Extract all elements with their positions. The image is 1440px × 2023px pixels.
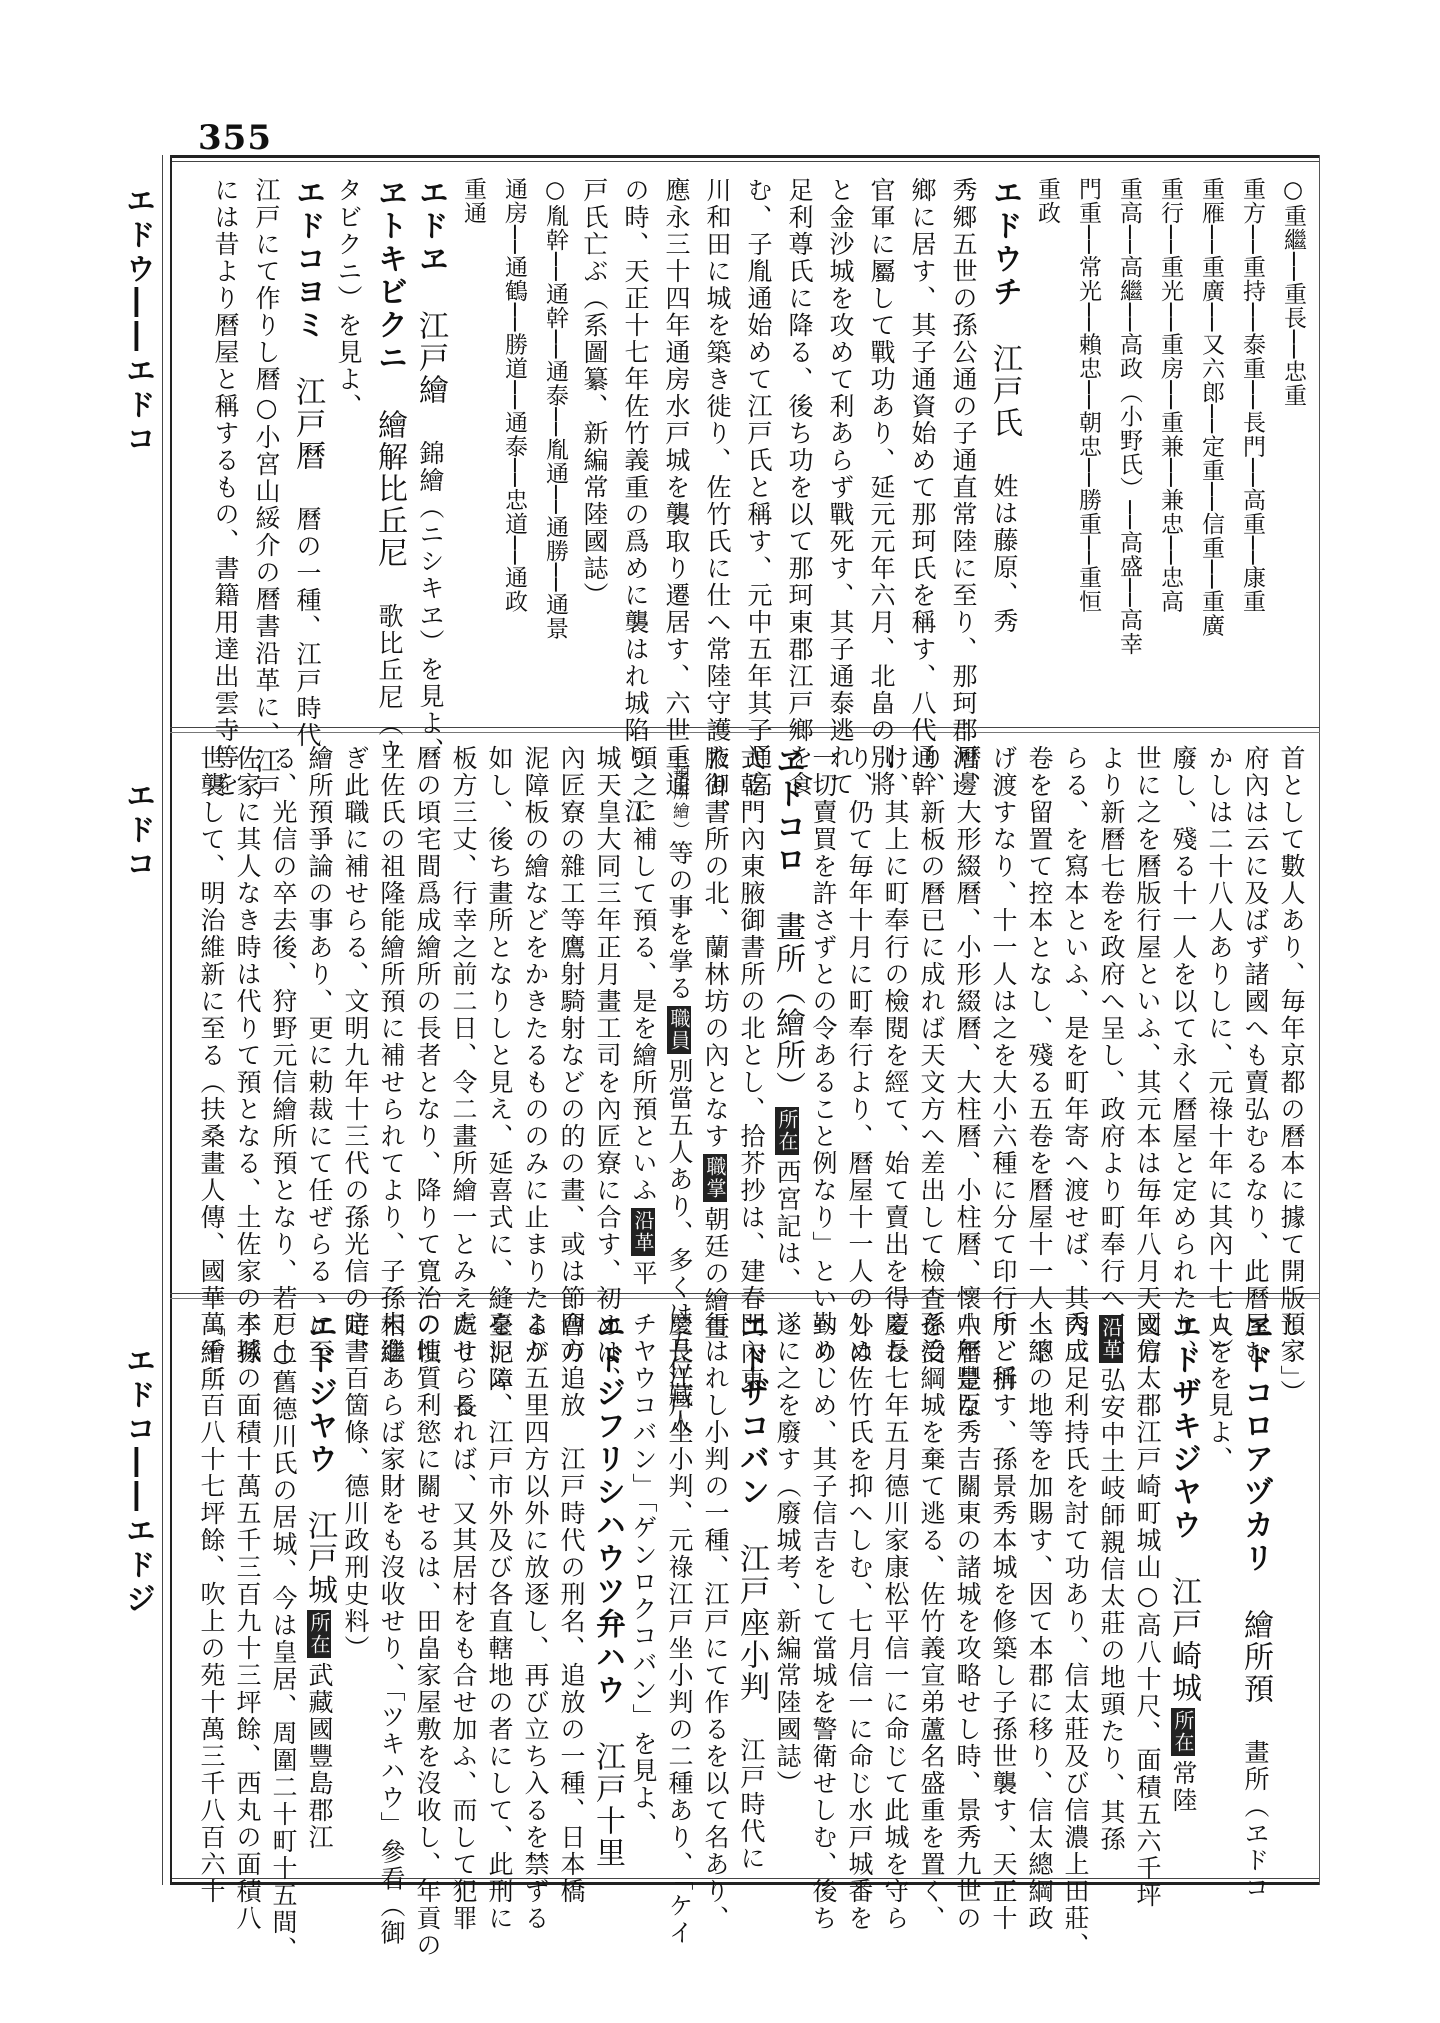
text-segment: 世襲して、明治維新に至る（扶桑畫人傳、國華「繪所 — [197, 745, 226, 1393]
text-line: には昔より曆屋と稱するもの、書籍用達出雲寺等を — [203, 177, 244, 717]
text-segment: には昔より曆屋と稱するもの、書籍用達出雲寺等を — [211, 177, 240, 798]
text-line: 秀成足利持氏を討て功あり、信太莊及び信濃上田莊、 — [1058, 1311, 1094, 1871]
text-line: 腋御書所の北、蘭林坊の內となす職掌朝廷の繪畫 — [698, 745, 734, 1285]
text-segment: 戸○舊德川氏の居城、今は皇居、周圍二十町十五間、 — [269, 1311, 298, 1963]
running-head-bottom: エドコ――エドジ — [115, 1345, 159, 1617]
text-segment: る、光信の卒去後、狩野元信繪所預となり、若し土 — [269, 745, 298, 1366]
text-line: 城天皇大同三年正月畫工司を內匠寮に合す、初めは、 — [590, 745, 626, 1285]
text-segment: 遂に之を廢す（廢城考、新編常陸國誌） — [773, 1311, 802, 1797]
genealogy-text: 重政 — [1034, 177, 1060, 225]
text-segment: かしは二十八人ありしに、元祿十年に其內十七人を — [1205, 745, 1234, 1366]
text-line: 所と稱す、孫景秀本城を修築し子孫世襲す、天正十 — [986, 1311, 1022, 1871]
entry-definition: 畫所（ヱドコ — [1241, 1739, 1270, 1901]
text-line: 卷を留置て控本となし、殘る五卷を曆屋十一人へ下 — [1022, 745, 1058, 1285]
category-tag: 沿革 — [1099, 1315, 1123, 1363]
text-line: かしは二十八人ありしに、元祿十年に其內十七人を — [1202, 745, 1238, 1285]
genealogy-text: 重雁──重廣──又六郎──定重──信重──重廣 — [1198, 177, 1224, 637]
genealogy-line: 重雁──重廣──又六郎──定重──信重──重廣 — [1187, 177, 1228, 717]
entry-kanji: 江戸氏 — [987, 343, 1022, 439]
entry-definition: 武藏國豐島郡江 — [305, 1662, 334, 1851]
text-line: より五里四方以外に放逐し、再び立ち入るを禁ずる — [518, 1311, 554, 1871]
section-top: ○重繼──重長──忠重重方──重持──泰重──長門──高重──康重重雁──重廣─… — [180, 177, 1310, 717]
dictionary-entry: ヱドコロ畫所（繪所）所在西宮記は、 — [770, 745, 806, 1285]
text-line: 慶長江戸坐小判、元祿江戸坐小判の二種あり、「ケイ — [662, 1311, 698, 1871]
text-segment: ぎ此職に補せらる、文明九年十三代の孫光信の時、 — [341, 745, 370, 1366]
frame-rule-top-inner — [170, 161, 1320, 162]
entry-definition: 常陸 — [1169, 1760, 1198, 1814]
text-line: しめ佐竹氏を抑へしむ、七月信一に命じ水戸城番を — [842, 1311, 878, 1871]
page-frame: ○重繼──重長──忠重重方──重持──泰重──長門──高重──康重重雁──重廣─… — [170, 155, 1320, 1885]
genealogy-text: 重方──重持──泰重──長門──高重──康重 — [1239, 177, 1265, 613]
text-line: 江戸にて作りし曆○小宮山綏介の曆書沿革に、江戸 — [244, 177, 285, 717]
text-segment: 上總の地等を加賜す、因て本郡に移り、信太總綱政 — [1025, 1311, 1054, 1932]
genealogy-line: 重高──高繼──高政（小野氏）──高盛──高幸 — [1105, 177, 1146, 717]
entry-kanji: 繪解比丘尼 — [372, 409, 407, 569]
text-segment: け、其上に町奉行の檢閱を經て、始て賣出を得るな — [881, 745, 910, 1366]
text-line: 首として數人あり、毎年京都の曆本に據て開版し、 — [1274, 745, 1310, 1285]
text-segment: 足利尊氏に降る、後ち功を以て那珂東郡江戸鄉を食 — [785, 177, 814, 798]
text-segment: 八年豐臣秀吉關東の諸城を攻略せし時、景秀九世の — [953, 1311, 982, 1932]
text-segment: 所と稱す、孫景秀本城を修築し子孫世襲す、天正十 — [989, 1311, 1018, 1932]
entry-category-tag: 所在 — [775, 1107, 799, 1155]
entry-kanji: 江戸座小判 — [734, 1543, 769, 1703]
text-line: 秀郷五世の孫公通の子通直常陸に至り、那珂郡河邊 — [941, 177, 982, 717]
text-segment: 戸氏亡ぶ（系圖纂、新編常陸國誌） — [580, 177, 609, 609]
text-line: る、光信の卒去後、狩野元信繪所預となり、若し土 — [266, 745, 302, 1285]
frame-rule-top — [170, 155, 1320, 158]
text-line: 繪所預爭論の事あり、更に勅裁にて任ぜらるゝに至 — [302, 745, 338, 1285]
entry-kanji: 江戸曆 — [290, 376, 325, 472]
text-segment: 本城の面積十萬五千三百九十三坪餘、西丸の面積八 — [233, 1311, 262, 1932]
text-segment: タビクニ）を見よ、 — [334, 177, 363, 420]
entry-definition: 姓は藤原、秀 — [990, 473, 1019, 635]
dictionary-entry: エドザコバン江戸座小判江戸時代に — [734, 1311, 770, 1871]
entry-headword: エドザキジヤウ — [1166, 1311, 1201, 1542]
text-segment: 慶長江戸坐小判、元祿江戸坐小判の二種あり、「ケイ — [665, 1311, 694, 1947]
text-segment: 頭之に補して預る、是を繪所預といふ — [629, 745, 658, 1204]
entry-category-tag: 所在 — [1171, 1708, 1195, 1756]
text-segment: らる、を寫本といふ、是を町年寄へ渡せば、其內二 — [1061, 745, 1090, 1366]
text-segment: 繪所預爭論の事あり、更に勅裁にて任ぜらるゝに至 — [305, 745, 334, 1366]
genealogy-text: ○重繼──重長──忠重 — [1280, 177, 1306, 407]
text-line: らる、を寫本といふ、是を町年寄へ渡せば、其內二 — [1058, 745, 1094, 1285]
text-line: け、其上に町奉行の檢閱を經て、始て賣出を得るな — [878, 745, 914, 1285]
text-segment: 等の事を掌る — [665, 840, 694, 1002]
entry-definition: 曆の一種、江戸時代 — [293, 506, 322, 749]
text-line: 八年豐臣秀吉關東の諸城を攻略せし時、景秀九世の — [950, 1311, 986, 1871]
text-segment: 府內は云に及ばず諸國へも賣弘むるなり、此曆屋む — [1241, 745, 1270, 1366]
genealogy-text: ○胤幹──通幹──通泰──胤通──通勝──通景 — [542, 177, 568, 640]
entry-kanji: 繪所預 — [1238, 1609, 1273, 1705]
text-segment: 泥障板の繪などをかきたるもののみに止まりたるが — [521, 745, 550, 1366]
genealogy-text: 通房──通鶴──勝道──通泰──忠道──通政 — [501, 177, 527, 613]
text-segment: の時、天正十七年佐竹義重の爲めに襲はれ城陷り、江 — [621, 177, 650, 825]
text-line: 定書百箇條、德川政刑史料） — [338, 1311, 374, 1871]
dictionary-entry: エドジフリシハウツ弁ハウ江戸十里 — [590, 1311, 626, 1871]
text-line: 慶長七年五月德川家康松平信一に命じて此城を守ら — [878, 1311, 914, 1871]
text-segment: 江戸にて作りし曆○小宮山綏介の曆書沿革に、江戸 — [252, 177, 281, 802]
text-segment: り、仍て毎年十月に町奉行より、曆屋十一人の外は — [845, 745, 874, 1366]
frame-rule-left-outer — [162, 155, 163, 1885]
entry-kanji: 畫所（繪所） — [770, 911, 805, 1103]
entry-kanji: 江戸城 — [302, 1510, 337, 1606]
text-line: 一切賣買を許さずとの令あること例なり」といへり、 — [806, 745, 842, 1285]
text-line: 泥障板の繪などをかきたるもののみに止まりたるが — [518, 745, 554, 1285]
dictionary-entry: エドジヤウ江戸城所在武藏國豐島郡江 — [302, 1311, 338, 1871]
entry-definition: 江戸時代に — [737, 1737, 766, 1872]
category-tag: 職掌 — [703, 1154, 727, 1202]
text-line: 鄉に居す、其子通資始めて那珂氏を稱す、八代通幹 — [900, 177, 941, 717]
text-line: 頭之に補して預る、是を繪所預といふ沿革平 — [626, 745, 662, 1285]
text-line: 足利尊氏に降る、後ち功を以て那珂東郡江戸鄉を食 — [777, 177, 818, 717]
text-segment: む、子胤通始めて江戸氏と稱す、元中五年其子通高 — [744, 177, 773, 798]
text-line: 萬千二百八十七坪餘、吹上の苑十萬三千八百六十 — [194, 1311, 230, 1871]
text-segment: 一切賣買を許さずとの令あること例なり」といへり、 — [809, 745, 838, 1393]
genealogy-line: 重通 — [449, 177, 490, 717]
text-segment: 預家」） — [1277, 1311, 1306, 1407]
text-segment: の性質利慾に關せるは、田畠家屋敷を沒收し、年貢の — [413, 1311, 442, 1959]
entry-kanji: 江戸崎城 — [1166, 1576, 1201, 1704]
text-segment: 行はれし小判の一種、江戸にて作るを以て名あり、 — [701, 1311, 730, 1932]
page-number: 355 — [198, 118, 272, 158]
entry-definition: 西宮記は、 — [773, 1159, 802, 1294]
text-line: の性質利慾に關せるは、田畠家屋敷を沒收し、年貢の — [410, 1311, 446, 1871]
text-segment: 廢し、殘る十一人を以て永く曆屋と定められたり、 — [1169, 745, 1198, 1366]
entry-definition: 歌比丘尼（ウ — [375, 603, 404, 765]
entry-headword: エドジヤウ — [302, 1311, 337, 1476]
text-line: チヤウコバン」「ゲンロクコバン」を見よ、 — [626, 1311, 662, 1871]
genealogy-text: 重通 — [460, 177, 486, 225]
text-line: タビクニ）を見よ、 — [326, 177, 367, 717]
text-segment: 勤めしめ、其子信吉をして當城を警衛せしむ、後ち — [809, 1311, 838, 1932]
text-segment: 首として數人あり、毎年京都の曆本に據て開版し、 — [1277, 745, 1306, 1366]
text-line: 戸氏亡ぶ（系圖纂、新編常陸國誌） — [572, 177, 613, 717]
section-middle: 首として數人あり、毎年京都の曆本に據て開版し、府內は云に及ばず諸國へも賣弘むるな… — [180, 745, 1310, 1285]
genealogy-line: 重行──重光──重房──重兼──兼忠──忠高 — [1146, 177, 1187, 717]
dictionary-entry: エドヱ江戸繪錦繪（ニシキヱ）を見よ、 — [408, 177, 449, 717]
text-segment: 秀郷五世の孫公通の子通直常陸に至り、那珂郡河邊 — [949, 177, 978, 798]
text-line: 預家」） — [1274, 1311, 1310, 1871]
category-tag: 沿革 — [631, 1208, 655, 1256]
entry-headword: エドヱ — [413, 177, 448, 276]
dictionary-entry: エドウチ江戸氏姓は藤原、秀 — [982, 177, 1023, 717]
text-line: 世に之を曆版行屋といふ、其元本は毎年八月天文方 — [1130, 745, 1166, 1285]
entry-headword: エドザコバン — [734, 1311, 769, 1509]
text-segment: 曆の頃宅間爲成繪所の長者となり、降りて寬治の頃 — [413, 745, 442, 1366]
text-line: より新曆七卷を政府へ呈し、政府より町奉行へ下げ — [1094, 745, 1130, 1285]
text-line: 式乾門內東腋御書所の北とし、拾芥抄は、建春門內東 — [734, 745, 770, 1285]
text-line: 遂に之を廢す（廢城考、新編常陸國誌） — [770, 1311, 806, 1871]
text-segment: 慶長七年五月德川家康松平信一に命じて此城を守ら — [881, 1311, 910, 1932]
text-segment: 式乾門內東腋御書所の北とし、拾芥抄は、建春門內東 — [737, 745, 766, 1393]
genealogy-line: 通房──通鶴──勝道──通泰──忠道──通政 — [490, 177, 531, 717]
text-line: 本城の面積十萬五千三百九十三坪餘、西丸の面積八 — [230, 1311, 266, 1871]
text-line: 曆、大形綴曆、小形綴曆、大柱曆、小柱曆、懷中曆是な — [950, 745, 986, 1285]
margin-note: （預所繪） — [669, 745, 689, 840]
text-segment: をいふ、江戸市外及び各直轄地の者にして、此刑に — [485, 1311, 514, 1932]
text-line: 佐家に其人なき時は代りて預となる、土佐家の子孫 — [230, 745, 266, 1285]
text-segment: しめ佐竹氏を抑へしむ、七月信一に命じ水戸城番を — [845, 1311, 874, 1932]
text-line: 行はれし小判の一種、江戸にて作るを以て名あり、 — [698, 1311, 734, 1871]
text-line: 內匠寮の雜工等鷹射騎射などの的の畫、或は節會の — [554, 745, 590, 1285]
text-line: 戸○舊德川氏の居城、今は皇居、周圍二十町十五間、 — [266, 1311, 302, 1871]
dictionary-entry: エドザキジヤウ江戸崎城所在常陸 — [1166, 1311, 1202, 1871]
dictionary-entry: ヱトキビクニ繪解比丘尼歌比丘尼（ウ — [367, 177, 408, 717]
entry-headword: エドウチ — [987, 177, 1022, 309]
category-tag: 職員 — [667, 1006, 691, 1054]
dictionary-entry: エドコヨミ江戸曆曆の一種、江戸時代 — [285, 177, 326, 717]
text-segment: 川和田に城を築き徙り、佐竹氏に仕へ常陸守護たり、 — [703, 177, 732, 825]
text-line: 川和田に城を築き徙り、佐竹氏に仕へ常陸守護たり、 — [695, 177, 736, 717]
text-segment: 國信太郡江戸崎町城山○高八十尺、面積五六千坪 — [1133, 1311, 1162, 1909]
text-line: ロ）を見よ、 — [1202, 1311, 1238, 1871]
text-segment: 鄉に居す、其子通資始めて那珂氏を稱す、八代通幹 — [908, 177, 937, 798]
entry-headword: エドジフリシハウツ弁ハウ — [590, 1311, 625, 1707]
text-segment: 孫治綱城を棄て逃る、佐竹義宣弟蘆名盛重を置く、 — [917, 1311, 946, 1932]
text-line: 勤めしめ、其子信吉をして當城を警衛せしむ、後ち — [806, 1311, 842, 1871]
entry-kanji: 江戸十里 — [590, 1741, 625, 1869]
text-line: 土佐氏の祖隆能繪所預に補せられてより、子孫相繼 — [374, 745, 410, 1285]
genealogy-line: ○重繼──重長──忠重 — [1269, 177, 1310, 717]
entry-headword: ヱドコロアヅカリ — [1238, 1311, 1273, 1575]
text-line: 板方三丈、行幸之前二日、令二畫所繪一とみえたり、長 — [446, 745, 482, 1285]
running-head-middle: エドコ — [115, 780, 159, 882]
text-segment: 秀成足利持氏を討て功あり、信太莊及び信濃上田莊、 — [1061, 1311, 1090, 1959]
text-segment: 應永三十四年通房水戸城を襲取り遷居す、六世重通 — [662, 177, 691, 798]
text-line: （預所繪）等の事を掌る職員別當五人あり、多くは五位藏人 — [662, 745, 698, 1285]
text-line: 未進あらば家財をも沒收せり、「ツキハウ」參看（御 — [374, 1311, 410, 1871]
text-segment: 世に之を曆版行屋といふ、其元本は毎年八月天文方 — [1133, 745, 1162, 1366]
text-line: 世襲して、明治維新に至る（扶桑畫人傳、國華「繪所 — [194, 745, 230, 1285]
entry-headword: ヱトキビクニ — [372, 177, 407, 375]
text-segment: 城天皇大同三年正月畫工司を內匠寮に合す、初めは、 — [593, 745, 622, 1393]
text-line: の時、天正十七年佐竹義重の爲めに襲はれ城陷り、江 — [613, 177, 654, 717]
text-line: 國信太郡江戸崎町城山○高八十尺、面積五六千坪 — [1130, 1311, 1166, 1871]
text-line: り、仍て毎年十月に町奉行より、曆屋十一人の外は — [842, 745, 878, 1285]
text-line: 處せらるれば、又其居村をも合せ加ふ、而して犯罪 — [446, 1311, 482, 1871]
text-segment: 平 — [629, 1260, 658, 1287]
frame-rule-right — [1319, 155, 1320, 1885]
entry-category-tag: 所在 — [307, 1610, 331, 1658]
text-segment: 萬千二百八十七坪餘、吹上の苑十萬三千八百六十 — [197, 1311, 226, 1905]
text-line: 孫治綱城を棄て逃る、佐竹義宣弟蘆名盛重を置く、 — [914, 1311, 950, 1871]
text-line: 官軍に屬して戰功あり、延元元年六月、北畠の別將 — [859, 177, 900, 717]
text-line: をいふ、江戸市外及び各直轄地の者にして、此刑に — [482, 1311, 518, 1871]
text-segment: より五里四方以外に放逐し、再び立ち入るを禁ずる — [521, 1311, 550, 1932]
text-segment: 未進あらば家財をも沒收せり、「ツキハウ」參看（御 — [377, 1311, 406, 1947]
text-line: 曆の頃宅間爲成繪所の長者となり、降りて寬治の頃 — [410, 745, 446, 1285]
text-segment: チヤウコバン」「ゲンロクコバン」を見よ、 — [629, 1311, 658, 1839]
section-bottom: 預家」）ヱドコロアヅカリ繪所預畫所（ヱドコロ）を見よ、エドザキジヤウ江戸崎城所在… — [180, 1311, 1310, 1871]
text-line: 上總の地等を加賜す、因て本郡に移り、信太總綱政 — [1022, 1311, 1058, 1871]
genealogy-text: 重高──高繼──高政（小野氏）──高盛──高幸 — [1116, 177, 1142, 656]
text-segment: 內匠寮の雜工等鷹射騎射などの的の畫、或は節會の — [557, 745, 586, 1366]
text-line: 沿革弘安中土岐師親信太莊の地頭たり、其孫 — [1094, 1311, 1130, 1871]
text-line: 如し、後ち畫所となりしと見え、延喜式に、縫臺泥障 — [482, 745, 518, 1285]
text-segment: より新曆七卷を政府へ呈し、政府より町奉行へ下げ — [1097, 745, 1126, 1366]
text-segment: 如し、後ち畫所となりしと見え、延喜式に、縫臺泥障 — [485, 745, 514, 1393]
text-segment: 腋御書所の北、蘭林坊の內となす — [701, 745, 730, 1150]
text-line: り、新板の曆已に成れば天文方へ差出して檢査を受 — [914, 745, 950, 1285]
entry-kanji: 江戸繪 — [413, 310, 448, 406]
text-segment: り、新板の曆已に成れば天文方へ差出して檢査を受 — [917, 745, 946, 1366]
text-segment: 四方追放 江戸時代の刑名、追放の一種、日本橋 — [557, 1311, 586, 1905]
entry-headword: ヱドコロ — [770, 745, 805, 877]
text-segment: ロ）を見よ、 — [1205, 1311, 1234, 1473]
text-segment: 土佐氏の祖隆能繪所預に補せられてより、子孫相繼 — [377, 745, 406, 1366]
text-segment: 定書百箇條、德川政刑史料） — [341, 1311, 370, 1662]
frame-rule-left — [170, 155, 172, 1885]
entry-headword: エドコヨミ — [290, 177, 325, 342]
genealogy-line: ○胤幹──通幹──通泰──胤通──通勝──通景 — [531, 177, 572, 717]
text-line: と金沙城を攻めて利あらず戰死す、其子通泰逃れて — [818, 177, 859, 717]
text-line: 四方追放 江戸時代の刑名、追放の一種、日本橋 — [554, 1311, 590, 1871]
text-segment: 官軍に屬して戰功あり、延元元年六月、北畠の別將 — [867, 177, 896, 798]
text-segment: げ渡すなり、十一人は之を大小六種に分て印行す、折 — [989, 745, 1018, 1393]
dictionary-entry: ヱドコロアヅカリ繪所預畫所（ヱドコ — [1238, 1311, 1274, 1871]
text-segment: 佐家に其人なき時は代りて預となる、土佐家の子孫 — [233, 745, 262, 1366]
genealogy-line: 重政 — [1023, 177, 1064, 717]
text-segment: 弘安中土岐師親信太莊の地頭たり、其孫 — [1097, 1367, 1126, 1853]
genealogy-text: 重行──重光──重房──重兼──兼忠──忠高 — [1157, 177, 1183, 613]
entry-definition: 錦繪（ニシキヱ）を見よ、 — [416, 440, 445, 764]
text-line: 廢し、殘る十一人を以て永く曆屋と定められたり、 — [1166, 745, 1202, 1285]
text-line: ぎ此職に補せらる、文明九年十三代の孫光信の時、 — [338, 745, 374, 1285]
text-segment: 卷を留置て控本となし、殘る五卷を曆屋十一人へ下 — [1025, 745, 1054, 1366]
running-head-top: エドウ――エドコ — [115, 185, 159, 457]
text-segment: と金沙城を攻めて利あらず戰死す、其子通泰逃れて — [826, 177, 855, 798]
text-line: む、子胤通始めて江戸氏と稱す、元中五年其子通高 — [736, 177, 777, 717]
text-line: げ渡すなり、十一人は之を大小六種に分て印行す、折 — [986, 745, 1022, 1285]
text-segment: 處せらるれば、又其居村をも合せ加ふ、而して犯罪 — [449, 1311, 478, 1932]
text-line: 府內は云に及ばず諸國へも賣弘むるなり、此曆屋む — [1238, 745, 1274, 1285]
text-line: 應永三十四年通房水戸城を襲取り遷居す、六世重通 — [654, 177, 695, 717]
genealogy-line: 重方──重持──泰重──長門──高重──康重 — [1228, 177, 1269, 717]
genealogy-line: 門重──常光──賴忠──朝忠──勝重──重恒 — [1064, 177, 1105, 717]
genealogy-text: 門重──常光──賴忠──朝忠──勝重──重恒 — [1075, 177, 1101, 613]
